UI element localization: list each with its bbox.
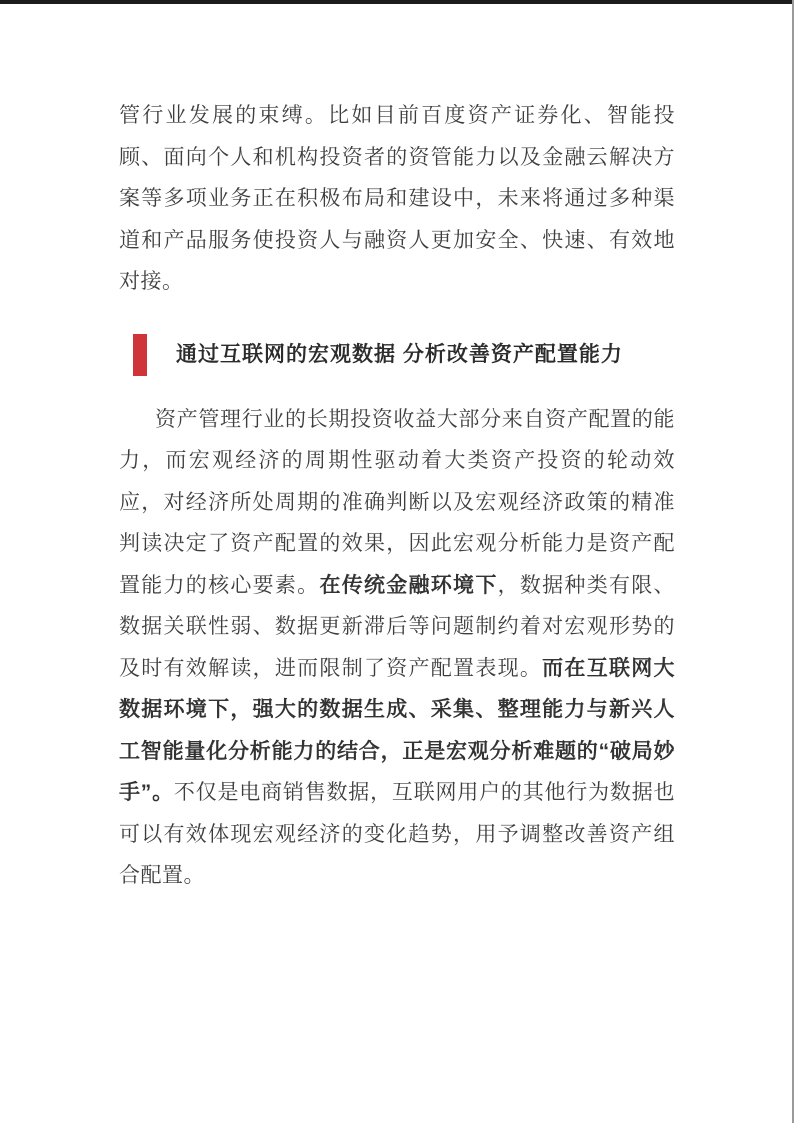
text-run: 不仅是电商销售数据，互联网用户的其他行为数据也可以有效体现宏观经济的变化趋势，用… (119, 781, 675, 887)
emphasized-text-run: 在传统金融环境下 (319, 574, 497, 597)
heading-accent-bar (133, 334, 147, 376)
body-paragraph-2: 资产管理行业的长期投资收益大部分来自资产配置的能力，而宏观经济的周期性驱动着大类… (119, 399, 675, 897)
section-heading: 通过互联网的宏观数据 分析改善资产配置能力 (119, 334, 675, 376)
text-run: 资产管理行业的长期投资收益大部分来自资产配置的能力，而宏观经济的周期性驱动着大类… (119, 408, 675, 597)
document-page: 管行业发展的束缚。比如目前百度资产证券化、智能投顾、面向个人和机构投资者的资管能… (0, 0, 794, 1123)
page-content: 管行业发展的束缚。比如目前百度资产证券化、智能投顾、面向个人和机构投资者的资管能… (119, 0, 675, 897)
body-paragraph-1: 管行业发展的束缚。比如目前百度资产证券化、智能投顾、面向个人和机构投资者的资管能… (119, 95, 675, 303)
section-heading-text: 通过互联网的宏观数据 分析改善资产配置能力 (176, 334, 623, 376)
